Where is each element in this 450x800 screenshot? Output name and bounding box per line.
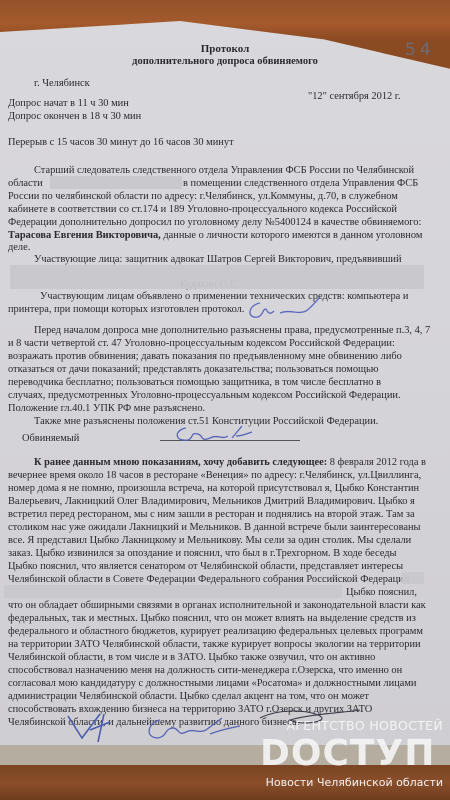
city: г. Челябинск <box>34 77 90 90</box>
testimony-line: Цыбко пояснил, что является сенатором от… <box>8 560 403 573</box>
testimony-line: федерального и областного бюджетов, кури… <box>8 625 423 638</box>
redacted-block <box>10 265 424 289</box>
intro-line-3: России по челябинской области по адресу:… <box>8 190 398 203</box>
testimony-line: что он обладает обширными связями в орга… <box>8 599 426 612</box>
intro-line-2-end: в помещении следственного отдела Управле… <box>183 177 418 190</box>
document-subtitle: дополнительного допроса обвиняемого <box>0 55 450 68</box>
redacted-block <box>50 176 182 189</box>
watermark-subtitle: Новости Челябинской области <box>263 776 443 789</box>
testimony-line: администрации Челябинской области. Цыбко… <box>8 690 369 703</box>
rights-line-1: Перед началом допроса мне дополнительно … <box>34 324 430 337</box>
testimony-line: на территории ЗАТО Челябинской области, … <box>8 638 421 651</box>
technical-means-line-1: Участвующим лицам объявлено о применении… <box>40 290 408 303</box>
testimony-line: заказ. Цыбко извинился за опоздание и по… <box>8 547 396 560</box>
rights-line-3: возражать против обвинения; давать показ… <box>8 350 402 363</box>
testimony-line: вечернее время около 18 часов в ресторан… <box>8 469 421 482</box>
testimony-line: Челябинской области, в том числе и в ЗАТ… <box>8 651 375 664</box>
intro-line-6-rest: данные о личности которого имеются в дан… <box>161 230 423 241</box>
date: "12" сентября 2012 г. <box>308 90 401 103</box>
redacted-block <box>402 572 424 584</box>
testimony-line: все. Я представил Цыбко Лакницкому и Мел… <box>8 534 411 547</box>
intro-line-2-start: области <box>8 177 43 190</box>
end-time: Допрос окончен в 18 ч 30 мин <box>8 110 141 123</box>
intro-line-5: Федерации дополнительно допросил по угол… <box>8 216 421 229</box>
testimony-line: Валерьевич, Лакницкий Олег Владимирович,… <box>8 495 415 508</box>
testimony-line: согласовал мою кандидатуру с должностным… <box>8 677 416 690</box>
accused-name: Тарасова Евгения Викторовича, <box>8 230 161 241</box>
watermark-logo: DОСТУП <box>260 735 435 773</box>
testimony-lead-bold: К ранее данным мною показаниям, хочу доб… <box>34 457 327 468</box>
rights-line-4: отказаться от дачи показаний; представля… <box>8 363 379 376</box>
redacted-block <box>4 585 342 598</box>
testimony-line: столиком нас уже ожидали Лакницкий и Мел… <box>8 521 421 534</box>
document: 54 Протокол дополнительного допроса обви… <box>0 0 450 800</box>
signature-icon <box>240 295 330 325</box>
rights-line-2: и 8 части четвертой ст. 47 Уголовно-проц… <box>8 337 395 350</box>
intro-line-7: деле. <box>8 241 30 254</box>
testimony-line: номер дома я не помню, произошла встреча… <box>8 482 419 495</box>
intro-line-6: Тарасова Евгения Викторовича, данные о л… <box>8 229 422 242</box>
technical-means-line-2: принтера, при помощи которых изготовлен … <box>8 303 244 316</box>
rights-line-7: Положение гл.40.1 УПК РФ мне разъяснено. <box>8 402 205 415</box>
testimony-line: способствовал назначению меня на должнос… <box>8 664 402 677</box>
testimony-line: встретил перед рестораном, мы с ним зашл… <box>8 508 415 521</box>
start-time: Допрос начат в 11 ч 30 мин <box>8 97 129 110</box>
rights-line-5: переводчика бесплатно; пользоваться помо… <box>8 376 381 389</box>
testimony-lead: К ранее данным мною показаниям, хочу доб… <box>34 456 426 469</box>
break-time: Перерыв с 15 часов 30 минут до 16 часов … <box>8 136 234 149</box>
signature-icon <box>170 422 260 446</box>
rights-line-6: случаях, предусмотренных Уголовно-процес… <box>8 389 401 402</box>
accused-label: Обвиняемый <box>22 432 79 445</box>
testimony-lead-rest: 8 февраля 2012 года в <box>327 457 426 468</box>
testimony-line: федеральных, так и местных. Цыбко поясни… <box>8 612 416 625</box>
watermark-agency-label: АГЕНТСТВО НОВОСТЕЙ <box>263 718 443 733</box>
intro-line-4: кабинете в соответствии со ст.174 и 189 … <box>8 203 397 216</box>
testimony-after-redaction: Цыбко пояснил, <box>346 586 417 599</box>
